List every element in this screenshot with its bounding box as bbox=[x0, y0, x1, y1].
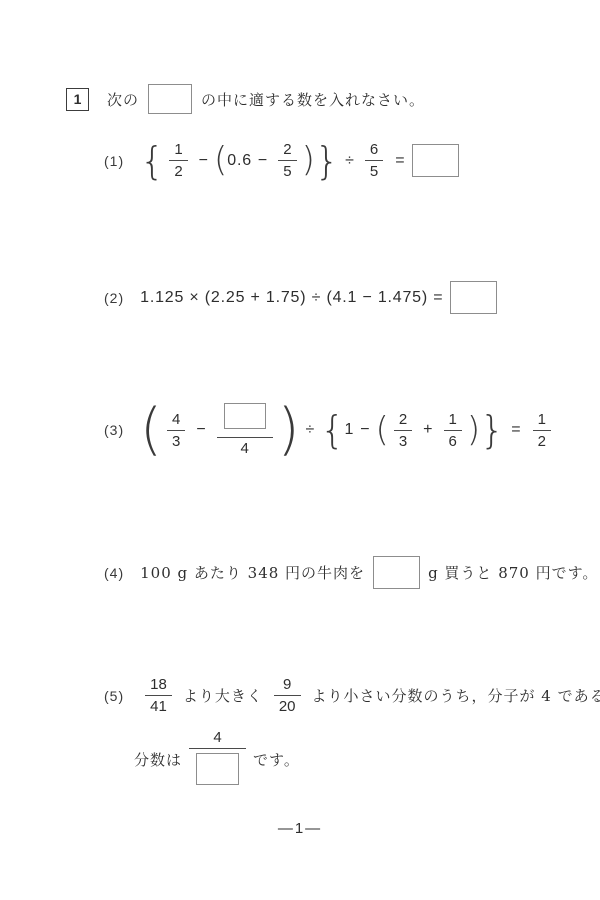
fraction-numerator bbox=[217, 403, 273, 437]
left-brace: { bbox=[140, 145, 164, 177]
number-one: 1 bbox=[345, 421, 355, 439]
fraction: 1 6 bbox=[444, 411, 462, 451]
fraction: 18 41 bbox=[145, 676, 172, 716]
fraction-denominator: 6 bbox=[444, 430, 462, 450]
minus-operator: − bbox=[360, 421, 369, 439]
answer-box-2[interactable] bbox=[450, 281, 497, 314]
problem-5-label: (5) bbox=[104, 688, 124, 704]
instruction-text-after: の中に適する数を入れなさい。 bbox=[201, 89, 425, 110]
right-paren: ) bbox=[467, 416, 480, 445]
fraction-denominator: 3 bbox=[167, 430, 185, 450]
problem-2: (2) 1.125 × (2.25 + 1.75) ÷ (4.1 − 1.475… bbox=[104, 281, 497, 314]
fraction-denominator: 2 bbox=[533, 430, 551, 450]
left-paren: ( bbox=[140, 406, 162, 454]
problem-5-line-2: 分数は 4 です。 bbox=[134, 729, 300, 790]
fraction-denominator: 20 bbox=[274, 695, 301, 715]
problem-5-text-2: より小さい分数のうち，分子が 4 である bbox=[312, 685, 600, 706]
problem-1: (1) { 1 2 − ( 0.6 − 2 5 ) } ÷ 6 5 = bbox=[104, 141, 459, 181]
problem-5-line2-after: です。 bbox=[253, 749, 300, 770]
problem-3: (3) ( 4 3 − 4 ) ÷ { 1 − ( 2 3 + 1 6 ) } … bbox=[104, 403, 556, 458]
fraction-denominator: 5 bbox=[278, 160, 296, 180]
fraction: 4 3 bbox=[167, 411, 185, 451]
fraction-numerator: 1 bbox=[169, 141, 187, 160]
fraction-numerator: 1 bbox=[533, 411, 551, 430]
left-paren: ( bbox=[376, 416, 389, 445]
box-fraction: 4 bbox=[217, 403, 273, 458]
fraction-denominator: 2 bbox=[169, 160, 187, 180]
right-brace: } bbox=[480, 414, 504, 446]
fraction-denominator bbox=[189, 748, 246, 789]
divide-operator: ÷ bbox=[345, 152, 354, 170]
sample-answer-box bbox=[148, 84, 192, 114]
answer-box-5[interactable] bbox=[196, 753, 239, 785]
right-brace: } bbox=[315, 145, 339, 177]
right-paren: ) bbox=[302, 146, 315, 175]
fraction: 1 2 bbox=[169, 141, 187, 181]
problem-4-label: (4) bbox=[104, 565, 124, 581]
fraction-denominator: 4 bbox=[217, 437, 273, 457]
fraction-numerator: 2 bbox=[278, 141, 296, 160]
equals-sign: = bbox=[395, 152, 404, 170]
box-fraction: 4 bbox=[189, 729, 246, 790]
instruction-line: 1 次の の中に適する数を入れなさい。 bbox=[66, 84, 425, 114]
fraction-numerator: 1 bbox=[444, 411, 462, 430]
problem-5-line2-before: 分数は bbox=[134, 749, 182, 770]
problem-4-text-after: g 買うと 870 円です。 bbox=[428, 562, 598, 583]
page-number: —1— bbox=[0, 820, 600, 837]
fraction: 2 3 bbox=[394, 411, 412, 451]
left-paren: ( bbox=[214, 146, 227, 175]
problem-4: (4) 100 g あたり 348 円の牛肉を g 買うと 870 円です。 bbox=[104, 556, 598, 589]
fraction-denominator: 41 bbox=[145, 695, 172, 715]
fraction-numerator: 4 bbox=[167, 411, 185, 430]
minus-operator: − bbox=[196, 421, 205, 439]
fraction: 9 20 bbox=[274, 676, 301, 716]
problem-2-label: (2) bbox=[104, 290, 124, 306]
fraction: 6 5 bbox=[365, 141, 383, 181]
minus-operator: − bbox=[258, 152, 267, 170]
expression-text: 1.125 × (2.25 + 1.75) ÷ (4.1 − 1.475) = bbox=[140, 289, 443, 307]
instruction-text-before: 次の bbox=[107, 89, 139, 110]
fraction-denominator: 3 bbox=[394, 430, 412, 450]
equals-sign: = bbox=[511, 421, 520, 439]
fraction-denominator: 5 bbox=[365, 160, 383, 180]
problem-1-label: (1) bbox=[104, 153, 124, 169]
problem-4-text-before: 100 g あたり 348 円の牛肉を bbox=[140, 562, 365, 583]
plus-operator: + bbox=[423, 421, 432, 439]
left-brace: { bbox=[320, 414, 344, 446]
fraction-numerator: 9 bbox=[274, 676, 301, 695]
fraction-numerator: 18 bbox=[145, 676, 172, 695]
fraction: 2 5 bbox=[278, 141, 296, 181]
fraction-numerator: 4 bbox=[189, 729, 246, 748]
answer-box-1[interactable] bbox=[412, 144, 459, 177]
result-fraction: 1 2 bbox=[533, 411, 551, 451]
answer-box-3[interactable] bbox=[224, 403, 266, 429]
worksheet-page: 1 次の の中に適する数を入れなさい。 (1) { 1 2 − ( 0.6 − … bbox=[0, 0, 600, 900]
problem-5-line-1: (5) 18 41 より大きく 9 20 より小さい分数のうち，分子が 4 であ… bbox=[104, 676, 600, 716]
minus-operator: − bbox=[199, 152, 208, 170]
divide-operator: ÷ bbox=[306, 421, 315, 439]
problem-3-label: (3) bbox=[104, 422, 124, 438]
section-number-box: 1 bbox=[66, 88, 89, 111]
right-paren: ) bbox=[278, 406, 300, 454]
problem-5-text-1: より大きく bbox=[183, 685, 263, 706]
fraction-numerator: 2 bbox=[394, 411, 412, 430]
answer-box-4[interactable] bbox=[373, 556, 420, 589]
fraction-numerator: 6 bbox=[365, 141, 383, 160]
decimal-value: 0.6 bbox=[227, 152, 252, 170]
